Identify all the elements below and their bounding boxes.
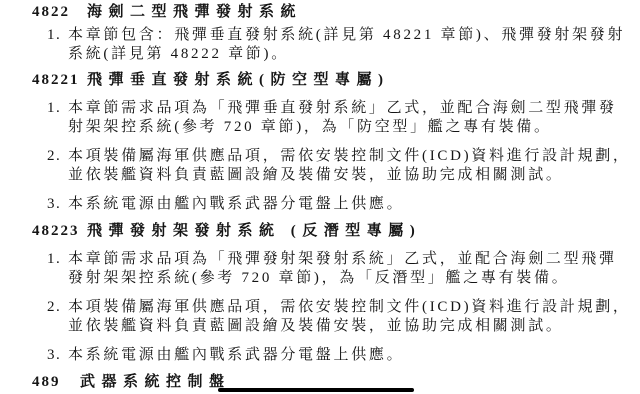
- body-line: 本項裝備屬海軍供應品項，需依安裝控制文件(ICD)資料進行設計規劃，: [68, 298, 631, 317]
- body-line: 並依裝艦資料負責藍圖設繪及裝備安裝，並協助完成相關測試。: [68, 317, 564, 336]
- item-number: 1.: [47, 99, 61, 118]
- list-item: 1. 本章節包含：飛彈垂直發射系統(詳見第 48221 章節)、飛彈發射架發射: [0, 26, 640, 45]
- body-line: 本章節包含：飛彈垂直發射系統(詳見第 48221 章節)、飛彈發射架發射: [68, 26, 625, 45]
- body-line: 本章節需求品項為「飛彈發射架發射系統」乙式，並配合海劍二型飛彈: [68, 250, 617, 269]
- body-line: 並依裝艦資料負責藍圖設繪及裝備安裝，並協助完成相關測試。: [68, 166, 564, 185]
- body-line: 射架架控系統(參考 720 章節)，為「防空型」艦之專有裝備。: [68, 118, 552, 137]
- body-line: 本系統電源由艦內戰系武器分電盤上供應。: [68, 195, 404, 214]
- body-line: 本章節需求品項為「飛彈垂直發射系統」乙式，並配合海劍二型飛彈發: [68, 99, 617, 118]
- list-item: 1. 本章節需求品項為「飛彈發射架發射系統」乙式，並配合海劍二型飛彈: [0, 250, 640, 269]
- list-item: 3. 本系統電源由艦內戰系武器分電盤上供應。: [0, 195, 640, 214]
- body-line: 系統(詳見第 48222 章節)。: [68, 45, 289, 64]
- body-line: 本項裝備屬海軍供應品項，需依安裝控制文件(ICD)資料進行設計規劃，: [68, 147, 631, 166]
- list-item-continuation: 射架架控系統(參考 720 章節)，為「防空型」艦之專有裝備。: [0, 118, 640, 137]
- list-item-continuation: 並依裝艦資料負責藍圖設繪及裝備安裝，並協助完成相關測試。: [0, 317, 640, 336]
- list-item: 1. 本章節需求品項為「飛彈垂直發射系統」乙式，並配合海劍二型飛彈發: [0, 99, 640, 118]
- section-number: 48221: [32, 71, 80, 90]
- section-title: 飛彈垂直發射系統(防空型專屬): [87, 71, 390, 90]
- section-heading-4822: 4822 海劍二型飛彈發射系統: [0, 3, 640, 22]
- item-number: 3.: [47, 346, 61, 365]
- body-line: 發射架架控系統(參考 720 章節)，為「反潛型」艦之專有裝備。: [68, 269, 569, 288]
- section-title: 海劍二型飛彈發射系統: [87, 3, 302, 22]
- list-item-continuation: 系統(詳見第 48222 章節)。: [0, 45, 640, 64]
- section-title: 武器系統控制盤: [80, 373, 231, 392]
- item-number: 1.: [47, 26, 61, 45]
- item-number: 3.: [47, 195, 61, 214]
- section-number: 4822: [32, 3, 70, 22]
- section-title: 飛彈發射架發射系統 (反潛型專屬): [87, 222, 421, 241]
- body-line: 本系統電源由艦內戰系武器分電盤上供應。: [68, 346, 404, 365]
- section-number: 48223: [32, 222, 80, 241]
- section-heading-48221: 48221 飛彈垂直發射系統(防空型專屬): [0, 71, 640, 90]
- list-item: 2. 本項裝備屬海軍供應品項，需依安裝控制文件(ICD)資料進行設計規劃，: [0, 147, 640, 166]
- document-page: 4822 海劍二型飛彈發射系統 1. 本章節包含：飛彈垂直發射系統(詳見第 48…: [0, 0, 640, 394]
- item-number: 1.: [47, 250, 61, 269]
- section-heading-48223: 48223 飛彈發射架發射系統 (反潛型專屬): [0, 222, 640, 241]
- item-number: 2.: [47, 147, 61, 166]
- list-item-continuation: 發射架架控系統(參考 720 章節)，為「反潛型」艦之專有裝備。: [0, 269, 640, 288]
- item-number: 2.: [47, 298, 61, 317]
- list-item: 3. 本系統電源由艦內戰系武器分電盤上供應。: [0, 346, 640, 365]
- section-number: 489: [32, 373, 61, 392]
- list-item: 2. 本項裝備屬海軍供應品項，需依安裝控制文件(ICD)資料進行設計規劃，: [0, 298, 640, 317]
- list-item-continuation: 並依裝艦資料負責藍圖設繪及裝備安裝，並協助完成相關測試。: [0, 166, 640, 185]
- redaction-bar: [218, 388, 414, 392]
